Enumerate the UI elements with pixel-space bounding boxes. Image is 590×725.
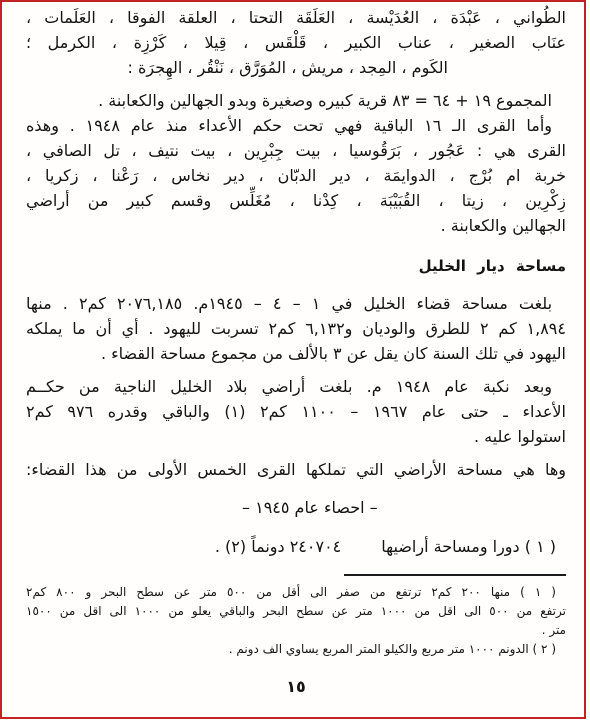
village-area-label: ( ١ ) دورا ومساحة أراضيها: [381, 534, 556, 559]
occupied-villages-paragraph: وأما القرى الـ ١٦ الباقية فهي تحت حكم ال…: [26, 113, 566, 238]
footnote-divider: [344, 574, 566, 576]
occupied-villages-line: زِكْرِين ، زيتا ، القُبَيْبَة ، كِدْنا ،…: [26, 188, 566, 213]
occupied-villages-line: خربة ام بُرْج ، الدوايمَة ، دير الدبّان …: [26, 163, 566, 188]
district-area-line: بلغت مساحة قضاء الخليل في ١ – ٤ – ١٩٤٥م.…: [26, 291, 566, 316]
total-villages-line: المجموع ١٩ + ٦٤ = ٨٣ قرية كبيره وصغيرة و…: [26, 88, 566, 113]
census-year-line: – احصاء عام ١٩٤٥ –: [26, 495, 566, 520]
footnote-line: متر .: [26, 621, 566, 640]
section-heading: مساحة ديار الخليل: [26, 254, 566, 279]
village-list-line: عنَاب الصغير ، عناب الكبير ، قَلْقَس ، ق…: [26, 30, 566, 55]
areas-intro-line: وها هي مساحة الأراضي التي تملكها القرى ا…: [26, 457, 566, 482]
nakba-line: وبعد نكبة عام ١٩٤٨ م. بلغت أراضي بلاد ال…: [26, 374, 566, 399]
footnote-line: ( ٢ ) الدونم ١٠٠٠ متر مربع والكيلو المتر…: [26, 640, 566, 659]
district-area-line: ١,٨٩٤ كم ٢ للطرق والوديان و٦,١٣٢ كم٢ تسر…: [26, 316, 566, 341]
village-area-value: ٢٤٠٧٠٤ دونماً (٢) .: [215, 534, 341, 559]
village-list-line: الطُواني ، عَبْدَة ، العُدَيْسة ، العَلَ…: [26, 5, 566, 30]
page-number: ١٥: [26, 674, 566, 699]
occupied-villages-line: وأما القرى الـ ١٦ الباقية فهي تحت حكم ال…: [26, 113, 566, 138]
village-list-paragraph: الطُواني ، عَبْدَة ، العُدَيْسة ، العَلَ…: [26, 5, 566, 80]
nakba-line: الأعداء ـ حتى عام ١٩٦٧ – ١١٠٠ كم٢ (١) وا…: [26, 399, 566, 424]
page-content: الطُواني ، عَبْدَة ، العُدَيْسة ، العَلَ…: [26, 5, 566, 699]
district-area-line: اليهود في تلك السنة كان يقل عن ٣ بالألف …: [26, 341, 566, 366]
occupied-villages-line: القرى هي : عَجُور ، بَرَقُوسيا ، بيت جِب…: [26, 138, 566, 163]
nakba-paragraph: وبعد نكبة عام ١٩٤٨ م. بلغت أراضي بلاد ال…: [26, 374, 566, 449]
village-list-line: الكَوم ، المِجد ، مريش ، المُوَرَّق ، نَ…: [26, 55, 566, 80]
district-area-paragraph: بلغت مساحة قضاء الخليل في ١ – ٤ – ١٩٤٥م.…: [26, 291, 566, 366]
village-area-row: ( ١ ) دورا ومساحة أراضيها ٢٤٠٧٠٤ دونماً …: [26, 534, 566, 559]
footnotes: ( ١ ) منها ٢٠٠ كم٢ ترتفع من صفر الى أقل …: [26, 583, 566, 659]
footnote-line: ( ١ ) منها ٢٠٠ كم٢ ترتفع من صفر الى أقل …: [26, 583, 566, 602]
footnote-line: ترتفع من ٥٠٠ الى اقل من ١٠٠٠ متر عن سطح …: [26, 602, 566, 621]
nakba-line: استولوا عليه .: [26, 424, 566, 449]
occupied-villages-line: الجهالين والكعابنة .: [26, 213, 566, 238]
